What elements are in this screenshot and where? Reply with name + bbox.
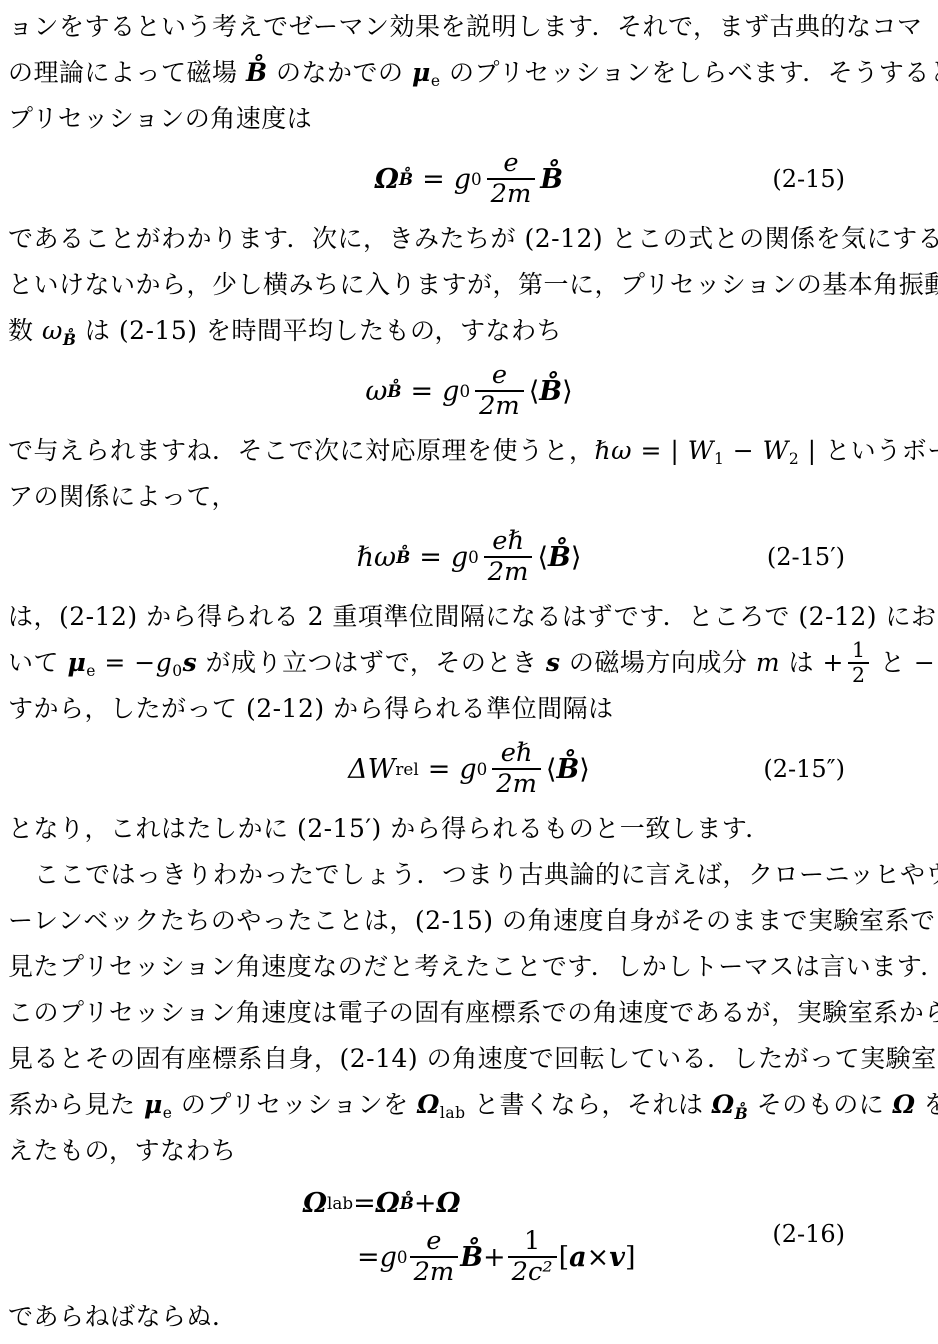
- equation-number: (2-15″): [763, 755, 845, 783]
- fraction: eℏ2m: [484, 527, 533, 586]
- text-segment: e: [431, 72, 441, 90]
- text-segment: すから，したがって (2-12) から得られる準位間隔は: [8, 694, 614, 723]
- fraction-denominator: 2c²: [508, 1256, 557, 1287]
- text-segment: ここではっきりわかったでしょう．つまり古典論的に言えば，クローニッヒやウ: [34, 860, 938, 889]
- equation-2-15-double-prime: ΔWrel = g0 eℏ2m ⟨B̊⟩ (2-15″): [8, 732, 930, 806]
- text-segment: lab: [440, 1104, 466, 1122]
- text-segment: プリセッションの角速度は: [8, 104, 312, 133]
- fraction-numerator: eℏ: [492, 739, 541, 768]
- plus-sign: +: [414, 1188, 437, 1219]
- text-segment: 0: [172, 662, 182, 680]
- fraction-numerator: e: [410, 1227, 459, 1256]
- math-term: g: [454, 164, 471, 195]
- document-page: ョンをするという考えでゼーマン効果を説明します．それで，まず古典的なコマ の理論…: [0, 0, 938, 1340]
- equals-sign: =: [422, 164, 445, 195]
- fraction-denominator: 2m: [484, 556, 533, 587]
- right-angle-bracket: ⟩: [579, 754, 590, 785]
- fraction-numerator: 1: [508, 1227, 557, 1256]
- text-line: 系から見た μe のプリセッションを Ωlab と書くなら，それは ΩB̊ その…: [8, 1082, 930, 1128]
- text-segment: = |: [632, 436, 688, 465]
- equation-2-16: Ωlab = ΩB̊ + Ω = g0 e2m B̊ + 12c² [a×v] …: [8, 1174, 930, 1294]
- text-line: となり，これはたしかに (2-15′) から得られるものと一致します．: [8, 806, 930, 852]
- math-term: B̊: [548, 542, 571, 573]
- text-line: ョンをするという考えでゼーマン効果を説明します．それで，まず古典的なコマ: [8, 4, 930, 50]
- text-segment: |: [799, 436, 825, 465]
- math-term: Ω: [303, 1188, 327, 1219]
- text-segment: は: [780, 648, 822, 677]
- text-segment: のなかでの: [268, 58, 412, 87]
- equals-sign: =: [419, 542, 442, 573]
- text-segment: Ω: [417, 1090, 440, 1119]
- right-angle-bracket: ⟩: [571, 542, 582, 573]
- text-segment: ω: [42, 316, 63, 345]
- equation-omega-average: ωB̊ = g0 e2m ⟨B̊⟩: [8, 354, 930, 428]
- text-segment: Ω: [712, 1090, 735, 1119]
- text-line: 数 ωB̊ は (2-15) を時間平均したもの，すなわち: [8, 308, 930, 354]
- paragraph-5: となり，これはたしかに (2-15′) から得られるものと一致します．: [8, 806, 930, 852]
- text-segment: は (2-15) を時間平均したもの，すなわち: [76, 316, 562, 345]
- left-angle-bracket: ⟨: [537, 542, 548, 573]
- fraction-numerator: e: [487, 149, 536, 178]
- math-term: g: [380, 1242, 397, 1273]
- text-segment: ーレンベックたちのやったことは，(2-15) の角速度自身がそのままで実験室系で: [8, 906, 936, 935]
- text-segment: μ: [412, 58, 431, 87]
- equals-sign: =: [428, 754, 451, 785]
- left-angle-bracket: ⟨: [546, 754, 557, 785]
- math-term: Ω: [437, 1188, 461, 1219]
- text-segment: このプリセッション角速度は電子の固有座標系での角速度であるが，実験室系から: [8, 998, 938, 1027]
- text-line: いて μe = −g0s が成り立つはずで，そのとき s の磁場方向成分 m は…: [8, 640, 930, 686]
- text-line: えたもの，すなわち: [8, 1128, 930, 1174]
- text-line: であらねばならぬ．: [8, 1294, 930, 1340]
- fraction-denominator: 2m: [410, 1256, 459, 1287]
- math-term: a: [569, 1242, 587, 1273]
- text-segment: のプリセッションを: [172, 1090, 417, 1119]
- text-segment: 数: [8, 316, 42, 345]
- fraction: eℏ2m: [492, 739, 541, 798]
- equation-2-15: ΩB̊ = g0 e2m B̊ (2-15): [8, 142, 930, 216]
- text-segment: は，(2-12) から得られる 2 重項準位間隔になるはずです．ところで (2-…: [8, 602, 937, 631]
- text-line: ここではっきりわかったでしょう．つまり古典論的に言えば，クローニッヒやウ: [8, 852, 930, 898]
- plus-sign: +: [483, 1242, 506, 1273]
- math-subscript: 0: [471, 169, 482, 189]
- math-term: v: [609, 1242, 625, 1273]
- text-segment: であることがわかります．次に，きみたちが (2-12) とこの式との関係を気にす…: [8, 224, 938, 253]
- math-term: B̊: [460, 1242, 483, 1273]
- text-segment: B̊: [735, 1104, 749, 1123]
- text-segment: といけないから，少し横みちに入りますが，第一に，プリセッションの基本角振動: [8, 270, 938, 299]
- equation-2-15-prime: ℏωB̊ = g0 eℏ2m ⟨B̊⟩ (2-15′): [8, 520, 930, 594]
- fraction: e2m: [475, 361, 524, 420]
- text-line: 見るとその固有座標系自身，(2-14) の角速度で回転している．したがって実験室: [8, 1036, 930, 1082]
- inline-fraction: +12: [822, 648, 871, 677]
- left-angle-bracket: ⟨: [529, 376, 540, 407]
- text-segment: の理論によって磁場: [8, 58, 246, 87]
- text-segment: であらねばならぬ．: [8, 1302, 238, 1331]
- fraction-denominator: 2m: [487, 178, 536, 209]
- equals-sign: =: [411, 376, 434, 407]
- text-segment: と: [871, 648, 913, 677]
- text-line: は，(2-12) から得られる 2 重項準位間隔になるはずです．ところで (2-…: [8, 594, 930, 640]
- fraction-denominator: 2m: [475, 390, 524, 421]
- math-term: ΔW: [348, 754, 395, 785]
- text-segment: m: [756, 648, 780, 677]
- math-term: g: [451, 542, 468, 573]
- text-segment: μ: [67, 648, 86, 677]
- right-bracket: ]: [625, 1242, 636, 1273]
- text-segment: というボー: [825, 436, 938, 465]
- equation-2-16-line1: Ωlab = ΩB̊ + Ω: [303, 1182, 930, 1224]
- math-subscript: rel: [395, 759, 418, 779]
- text-segment: いて: [8, 648, 67, 677]
- text-segment: えたもの，すなわち: [8, 1136, 237, 1165]
- inline-fraction: −12: [914, 648, 938, 677]
- text-segment: と書くなら，それは: [466, 1090, 712, 1119]
- math-term: B̊: [539, 376, 562, 407]
- text-segment: が成り立つはずで，そのとき: [197, 648, 546, 677]
- text-line: プリセッションの角速度は: [8, 96, 930, 142]
- equals-sign: =: [357, 1242, 380, 1273]
- paragraph-3: で与えられますね．そこで次に対応原理を使うと，ℏω = | W1 − W2 | …: [8, 428, 930, 520]
- fraction-numerator: e: [475, 361, 524, 390]
- text-segment: B̊: [246, 58, 268, 87]
- text-segment: s: [183, 648, 198, 677]
- math-subscript: 0: [459, 381, 470, 401]
- paragraph-1: ョンをするという考えでゼーマン効果を説明します．それで，まず古典的なコマ の理論…: [8, 4, 930, 142]
- fraction: e2m: [487, 149, 536, 208]
- fraction-numerator: eℏ: [484, 527, 533, 556]
- text-segment: を加: [915, 1090, 938, 1119]
- math-subscript: B̊: [399, 169, 413, 189]
- equation-number: (2-16): [772, 1220, 845, 1248]
- text-segment: g: [156, 648, 173, 677]
- math-term: B̊: [556, 754, 579, 785]
- math-subscript: 0: [477, 759, 488, 779]
- text-line: で与えられますね．そこで次に対応原理を使うと，ℏω = | W1 − W2 | …: [8, 428, 930, 474]
- math-term: Ω: [375, 164, 399, 195]
- text-line: 見たプリセッション角速度なのだと考えたことです．しかしトーマスは言います．: [8, 944, 930, 990]
- sign: +: [822, 648, 843, 677]
- text-segment: 見たプリセッション角速度なのだと考えたことです．しかしトーマスは言います．: [8, 952, 938, 981]
- text-segment: そのものに: [748, 1090, 892, 1119]
- math-subscript: lab: [327, 1193, 353, 1213]
- text-segment: で与えられますね．そこで次に対応原理を使うと，: [8, 436, 595, 465]
- math-subscript: B̊: [387, 381, 401, 401]
- math-term: g: [442, 376, 459, 407]
- text-segment: 2: [789, 450, 799, 468]
- text-segment: s: [546, 648, 561, 677]
- fraction: e2m: [410, 1227, 459, 1286]
- right-angle-bracket: ⟩: [562, 376, 573, 407]
- left-bracket: [: [559, 1242, 570, 1273]
- sign: −: [914, 648, 935, 677]
- text-segment: e: [86, 662, 96, 680]
- text-line: すから，したがって (2-12) から得られる準位間隔は: [8, 686, 930, 732]
- paragraph-6: ここではっきりわかったでしょう．つまり古典論的に言えば，クローニッヒやウ ーレン…: [8, 852, 930, 1174]
- text-line: であることがわかります．次に，きみたちが (2-12) とこの式との関係を気にす…: [8, 216, 930, 262]
- text-line: このプリセッション角速度は電子の固有座標系での角速度であるが，実験室系から: [8, 990, 930, 1036]
- text-segment: = −: [96, 648, 156, 677]
- math-term: B̊: [540, 164, 563, 195]
- paragraph-7: であらねばならぬ．: [8, 1294, 930, 1340]
- text-segment: e: [163, 1104, 173, 1122]
- math-subscript: B̊: [396, 547, 410, 567]
- math-subscript: 0: [397, 1247, 408, 1267]
- text-segment: 1: [714, 450, 724, 468]
- text-segment: Ω: [893, 1090, 916, 1119]
- paragraph-4: は，(2-12) から得られる 2 重項準位間隔になるはずです．ところで (2-…: [8, 594, 930, 732]
- text-line: といけないから，少し横みちに入りますが，第一に，プリセッションの基本角振動: [8, 262, 930, 308]
- math-term: g: [459, 754, 476, 785]
- text-segment: アの関係によって，: [8, 482, 237, 511]
- math-subscript: 0: [468, 547, 479, 567]
- math-term: ω: [365, 376, 387, 407]
- text-segment: μ: [144, 1090, 163, 1119]
- fraction-denominator: 2m: [492, 768, 541, 799]
- text-segment: 系から見た: [8, 1090, 144, 1119]
- equation-number: (2-15′): [767, 543, 845, 571]
- math-subscript: B̊: [400, 1193, 414, 1213]
- text-segment: の磁場方向成分: [560, 648, 755, 677]
- paragraph-2: であることがわかります．次に，きみたちが (2-12) とこの式との関係を気にす…: [8, 216, 930, 354]
- equation-number: (2-15): [772, 165, 845, 193]
- text-line: の理論によって磁場 B̊ のなかでの μe のプリセッションをしらべます．そうす…: [8, 50, 930, 96]
- math-term: ω: [374, 542, 396, 573]
- text-segment: ℏω: [595, 436, 633, 465]
- text-segment: B̊: [63, 330, 77, 349]
- equals-sign: =: [353, 1188, 376, 1219]
- text-segment: 見るとその固有座標系自身，(2-14) の角速度で回転している．したがって実験室: [8, 1044, 937, 1073]
- text-segment: W: [688, 436, 714, 465]
- text-segment: W: [763, 436, 789, 465]
- text-segment: ョンをするという考えでゼーマン効果を説明します．それで，まず古典的なコマ: [8, 12, 923, 41]
- text-segment: −: [724, 436, 762, 465]
- hbar-symbol: ℏ: [357, 542, 374, 573]
- text-segment: のプリセッションをしらべます．そうすると，: [441, 58, 938, 87]
- math-term: Ω: [376, 1188, 400, 1219]
- fraction: 12c²: [508, 1227, 557, 1286]
- text-line: アの関係によって，: [8, 474, 930, 520]
- cross-product-sign: ×: [587, 1242, 610, 1273]
- text-line: ーレンベックたちのやったことは，(2-15) の角速度自身がそのままで実験室系で: [8, 898, 930, 944]
- text-segment: となり，これはたしかに (2-15′) から得られるものと一致します．: [8, 814, 771, 843]
